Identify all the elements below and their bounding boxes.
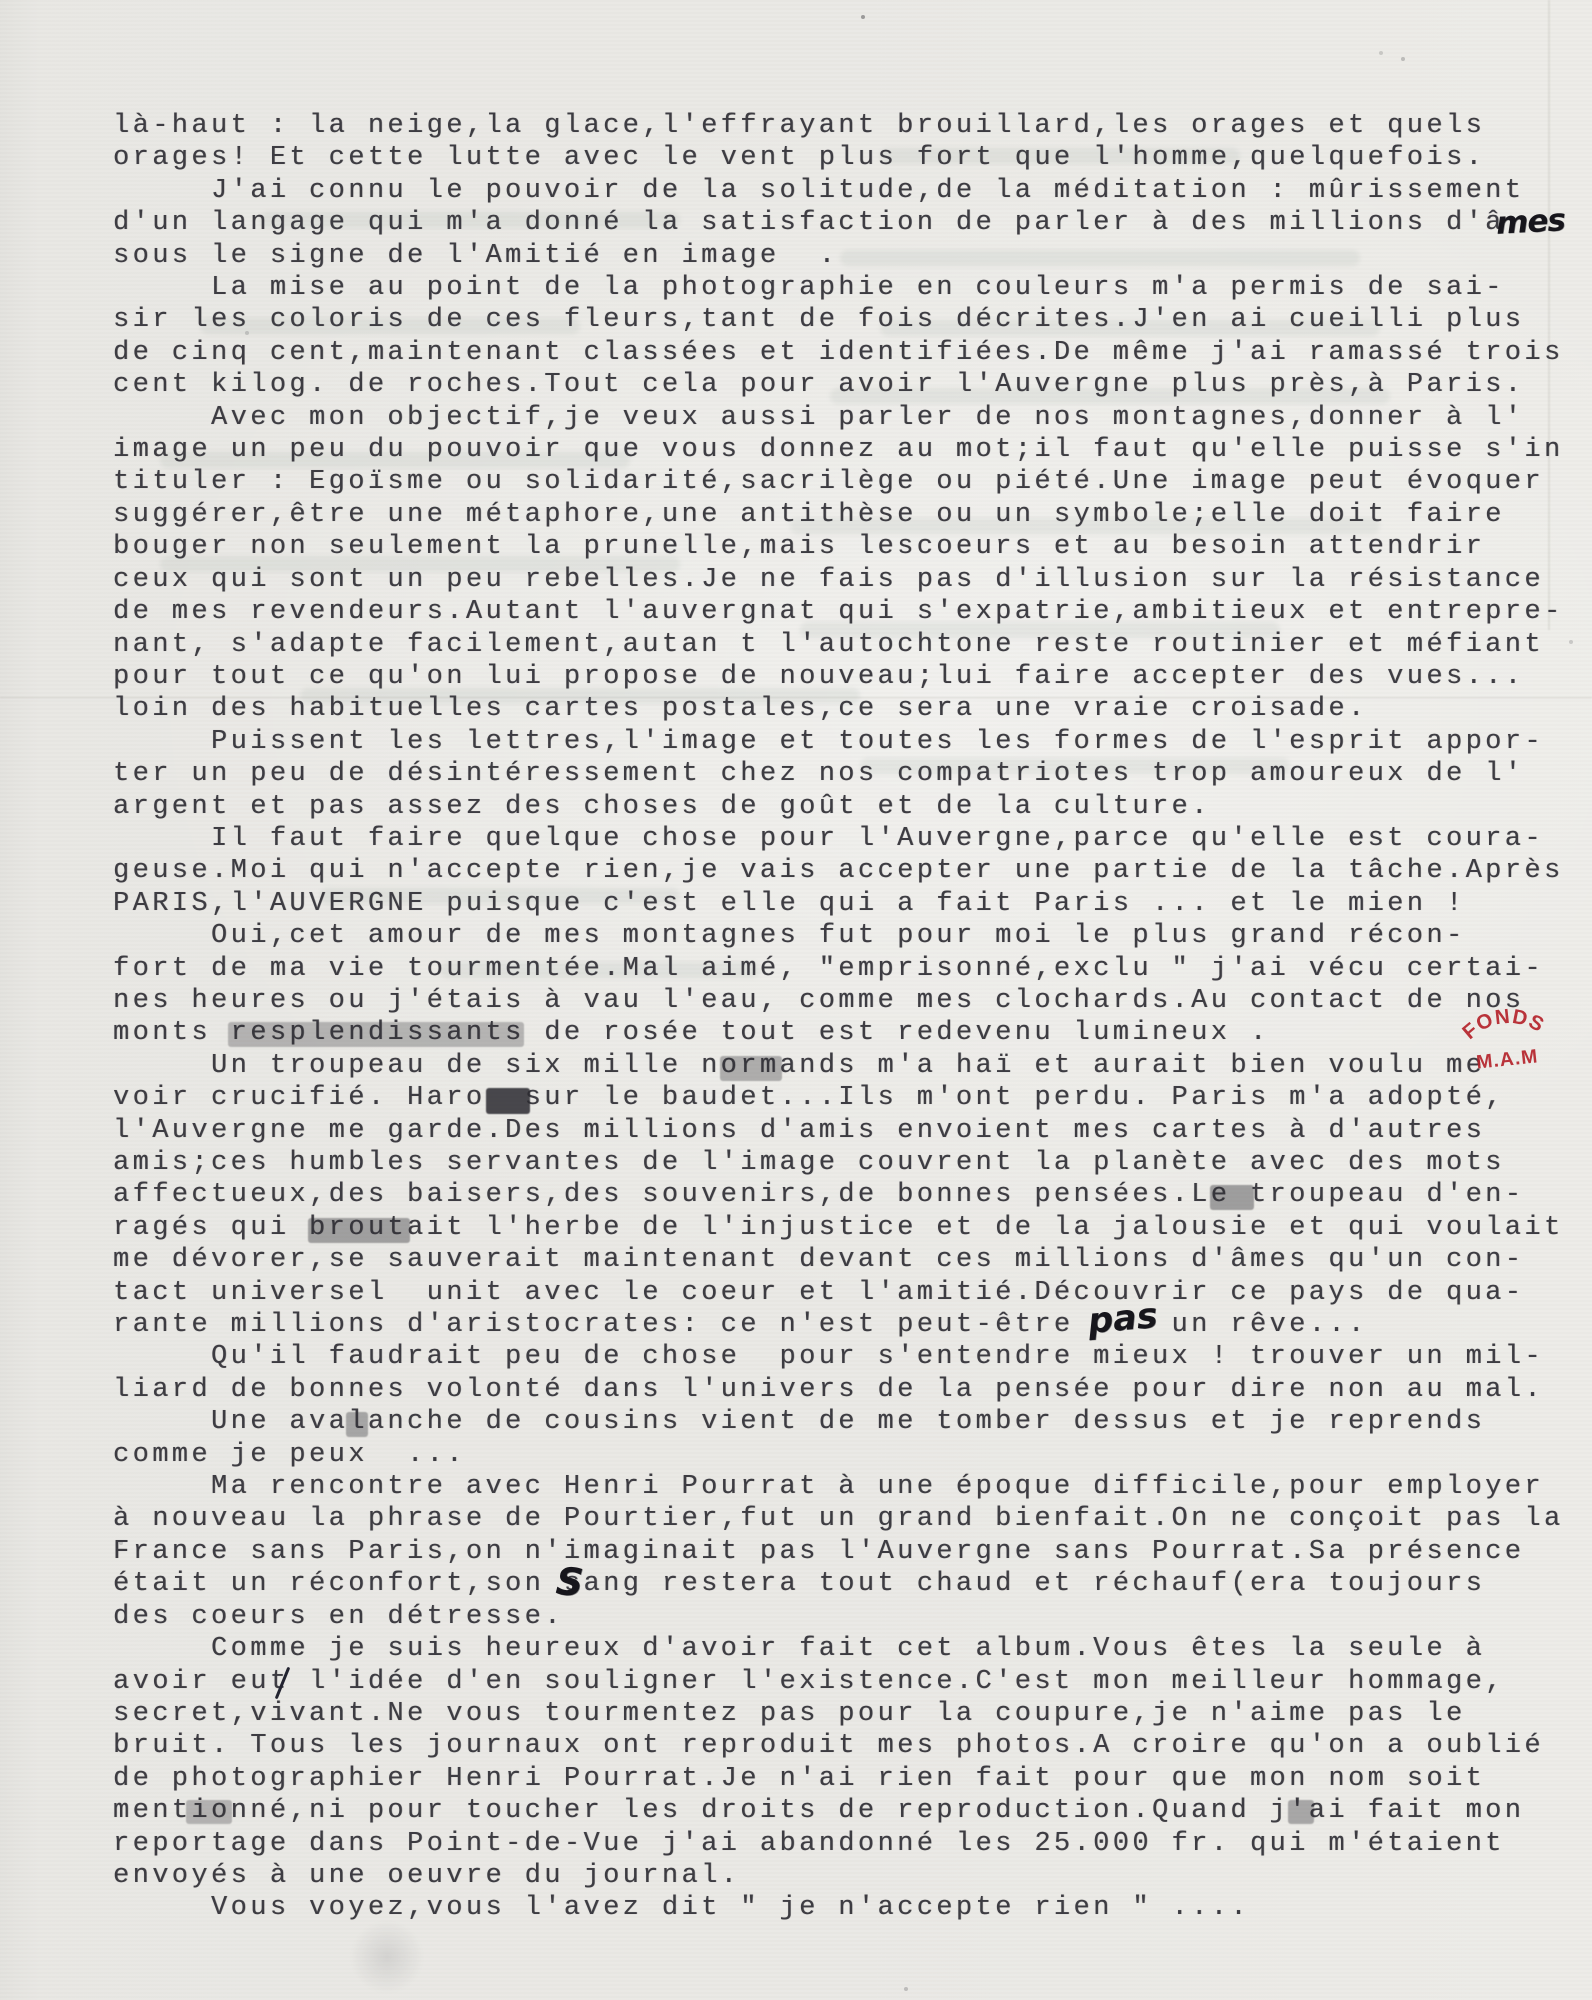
letter-line: Un troupeau de six mille normands m'a ha… [113,1050,1584,1082]
letter-line: de mes revendeurs.Autant l'auvergnat qui… [113,596,1584,628]
handwritten-capital-s: S [554,1559,584,1605]
letter-line: cent kilog. de roches.Tout cela pour avo… [113,369,1584,401]
letter-line: Une avalanche de cousins vient de me tom… [113,1406,1584,1438]
letter-line: était un réconfort,son sang restera tout… [113,1568,1584,1600]
letter-line: La mise au point de la photographie en c… [113,272,1584,304]
letter-line: tact universel unit avec le coeur et l'a… [113,1277,1584,1309]
stamp-arc-text: FONDS [1457,1002,1550,1045]
letter-line: reportage dans Point-de-Vue j'ai abandon… [113,1828,1584,1860]
letter-line: fort de ma vie tourmentée.Mal aimé, "emp… [113,953,1584,985]
overstrike-mark-haro [486,1088,530,1114]
letter-line: amis;ces humbles servantes de l'image co… [113,1147,1584,1179]
letter-line: me dévorer,se sauverait maintenant devan… [113,1244,1584,1276]
overstrike-mark-le-troupeau [1210,1185,1254,1210]
letter-line: loin des habituelles cartes postales,ce … [113,693,1584,725]
letter-line: pour tout ce qu'on lui propose de nouvea… [113,661,1584,693]
letter-line: sir les coloris de ces fleurs,tant de fo… [113,304,1584,336]
letter-line: Puissent les lettres,l'image et toutes l… [113,726,1584,758]
letter-line: Il faut faire quelque chose pour l'Auver… [113,823,1584,855]
letter-line: tituler : Egoïsme ou solidarité,sacrilèg… [113,466,1584,498]
overstrike-mark-resplendissants [228,1022,524,1047]
letter-line: orages! Et cette lutte avec le vent plus… [113,142,1584,174]
letter-line: à nouveau la phrase de Pourtier,fut un g… [113,1503,1584,1535]
letter-line: J'ai connu le pouvoir de la solitude,de … [113,175,1584,207]
overstrike-mark-broutait [308,1218,410,1243]
letter-line: Vous voyez,vous l'avez dit " je n'accept… [113,1892,1584,1924]
overstrike-mark-avalanche [346,1412,368,1437]
letter-line: bruit. Tous les journaux ont reproduit m… [113,1730,1584,1762]
fonds-mam-stamp: FONDS M.A.M [1452,993,1558,1083]
overstrike-mark-normands [720,1056,782,1081]
letter-line: secret,vivant.Ne vous tourmentez pas pou… [113,1698,1584,1730]
letter-line: Comme je suis heureux d'avoir fait cet a… [113,1633,1584,1665]
overstrike-mark-mentionne [186,1800,232,1824]
letter-line: affectueux,des baisers,des souvenirs,de … [113,1179,1584,1211]
stamp-graphic: FONDS M.A.M [1452,993,1558,1083]
handwritten-word-pas: pas [1086,1296,1159,1342]
letter-line: rante millions d'aristocrates: ce n'est … [113,1309,1584,1341]
handwritten-word-mes: mes [1495,202,1566,242]
letter-line: PARIS,l'AUVERGNE puisque c'est elle qui … [113,888,1584,920]
letter-line: l'Auvergne me garde.Des millions d'amis … [113,1115,1584,1147]
letter-line: envoyés à une oeuvre du journal. [113,1860,1584,1892]
overstrike-mark-quand-j [1288,1800,1314,1824]
letter-line: de cinq cent,maintenant classées et iden… [113,337,1584,369]
letter-line: Qu'il faudrait peu de chose pour s'enten… [113,1341,1584,1373]
svg-text:FONDS: FONDS [1457,1002,1550,1045]
letter-line: comme je peux ... [113,1439,1584,1471]
letter-line: liard de bonnes volonté dans l'univers d… [113,1374,1584,1406]
letter-line: Oui,cet amour de mes montagnes fut pour … [113,920,1584,952]
letter-line: argent et pas assez des choses de goût e… [113,791,1584,823]
letter-line: Ma rencontre avec Henri Pourrat à une ép… [113,1471,1584,1503]
letter-line: image un peu du pouvoir que vous donnez … [113,434,1584,466]
letter-line: France sans Paris,on n'imaginait pas l'A… [113,1536,1584,1568]
letter-line: d'un langage qui m'a donné la satisfacti… [113,207,1584,239]
scanned-letter-page: là-haut : la neige,la glace,l'effrayant … [0,0,1592,2000]
letter-line: là-haut : la neige,la glace,l'effrayant … [113,110,1584,142]
letter-line: bouger non seulement la prunelle,mais le… [113,531,1584,563]
letter-line: ceux qui sont un peu rebelles.Je ne fais… [113,564,1584,596]
letter-line: de photographier Henri Pourrat.Je n'ai r… [113,1763,1584,1795]
letter-body: là-haut : la neige,la glace,l'effrayant … [113,110,1584,1925]
letter-line: mentionné,ni pour toucher les droits de … [113,1795,1584,1827]
letter-line: geuse.Moi qui n'accepte rien,je vais acc… [113,855,1584,887]
letter-line: avoir eut l'idée d'en souligner l'existe… [113,1666,1584,1698]
letter-line: voir crucifié. Haro sur le baudet...Ils … [113,1082,1584,1114]
letter-line: suggérer,être une métaphore,une antithès… [113,499,1584,531]
stamp-sub-text: M.A.M [1475,1045,1539,1073]
letter-line: ter un peu de désintéressement chez nos … [113,758,1584,790]
letter-line: nant, s'adapte facilement,autan t l'auto… [113,629,1584,661]
dust-specks [0,0,2,2]
letter-line: nes heures ou j'étais à vau l'eau, comme… [113,985,1584,1017]
letter-line: Avec mon objectif,je veux aussi parler d… [113,402,1584,434]
letter-line: sous le signe de l'Amitié en image . [113,240,1584,272]
letter-line: des coeurs en détresse. [113,1601,1584,1633]
ink-smudge [350,1920,424,1994]
